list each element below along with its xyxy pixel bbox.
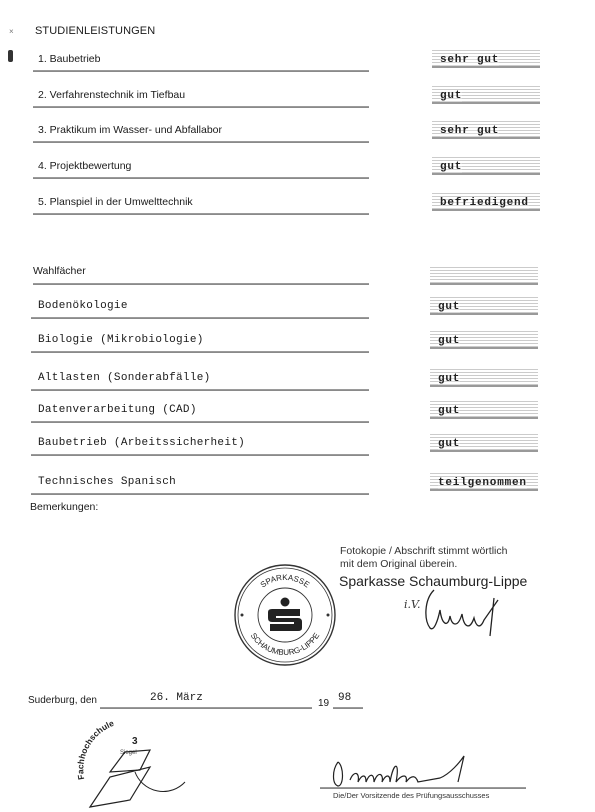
bank-stamp-icon: SPARKASSE SCHAUMBURG-LIPPE [230,560,340,670]
elective-rule [31,493,369,495]
subject-grade: sehr gut [440,125,499,137]
elective-grade: gut [438,301,460,313]
chair-signature-icon [330,752,510,792]
elective-grade-box: gut [430,295,538,315]
elective-rule [31,317,369,319]
subject-grade: sehr gut [440,54,499,66]
punch-hole-mark [8,50,13,62]
date-underline [100,707,312,709]
subject-label: 1. Baubetrieb [38,53,100,65]
electives-heading-rule [33,283,369,285]
chair-signature-caption: Die/Der Vorsitzende des Prüfungsausschus… [333,791,489,800]
margin-mark: × [9,27,14,36]
subject-grade: befriedigend [440,197,529,209]
place-label: Suderburg, den [28,695,97,706]
elective-label: Altlasten (Sonderabfälle) [38,372,211,384]
elective-grade-box: gut [430,367,538,387]
remarks-label: Bemerkungen: [30,501,98,513]
subject-rule [33,106,369,108]
subject-label: 5. Planspiel in der Umwelttechnik [38,196,193,208]
subject-grade-box: sehr gut [432,119,540,139]
century-label: 19 [318,698,329,709]
elective-grade-box: gut [430,329,538,349]
subject-rule [33,70,369,72]
elective-grade: gut [438,438,460,450]
elective-label: Baubetrieb (Arbeitssicherheit) [38,437,245,449]
elective-rule [31,389,369,391]
svg-text:SCHAUMBURG-LIPPE: SCHAUMBURG-LIPPE [249,631,322,657]
subject-rule [33,177,369,179]
subject-label: 2. Verfahrenstechnik im Tiefbau [38,89,185,101]
page-title: STUDIENLEISTUNGEN [35,25,155,37]
certification-text-1: Fotokopie / Abschrift stimmt wörtlich [340,545,507,557]
subject-grade: gut [440,90,462,102]
electives-heading: Wahlfächer [33,265,86,277]
subject-grade-box: gut [432,155,540,175]
subject-rule [33,213,369,215]
elective-label: Datenverarbeitung (CAD) [38,404,197,416]
date-value: 26. März [150,692,203,704]
elective-rule [31,421,369,423]
school-seal-icon: Fachhochschule 3 Siegel [70,712,190,812]
electives-heading-grade-box [430,265,538,285]
elective-grade-box: gut [430,432,538,452]
year-value: 98 [338,692,351,704]
subject-grade-box: sehr gut [432,48,540,68]
elective-rule [31,351,369,353]
elective-grade: gut [438,373,460,385]
elective-grade: teilgenommen [438,477,527,489]
subject-grade: gut [440,161,462,173]
subject-label: 3. Praktikum im Wasser- und Abfallabor [38,124,222,136]
elective-label: Biologie (Mikrobiologie) [38,334,204,346]
handwritten-signature-icon [420,580,530,640]
elective-grade: gut [438,405,460,417]
elective-label: Technisches Spanisch [38,476,176,488]
elective-rule [31,454,369,456]
elective-grade-box: gut [430,399,538,419]
elective-label: Bodenökologie [38,300,128,312]
subject-rule [33,141,369,143]
subject-grade-box: gut [432,84,540,104]
svg-text:SPARKASSE: SPARKASSE [259,573,311,589]
certification-text-2: mit dem Original überein. [340,558,457,570]
subject-label: 4. Projektbewertung [38,160,131,172]
svg-text:Fachhochschule: Fachhochschule [75,718,115,781]
signature-prefix: i.V. [404,598,421,611]
year-underline [333,707,363,709]
svg-text:3: 3 [132,736,138,747]
chair-signature-line [320,787,526,789]
subject-grade-box: befriedigend [432,191,540,211]
elective-grade: gut [438,335,460,347]
elective-grade-box: teilgenommen [430,471,538,491]
